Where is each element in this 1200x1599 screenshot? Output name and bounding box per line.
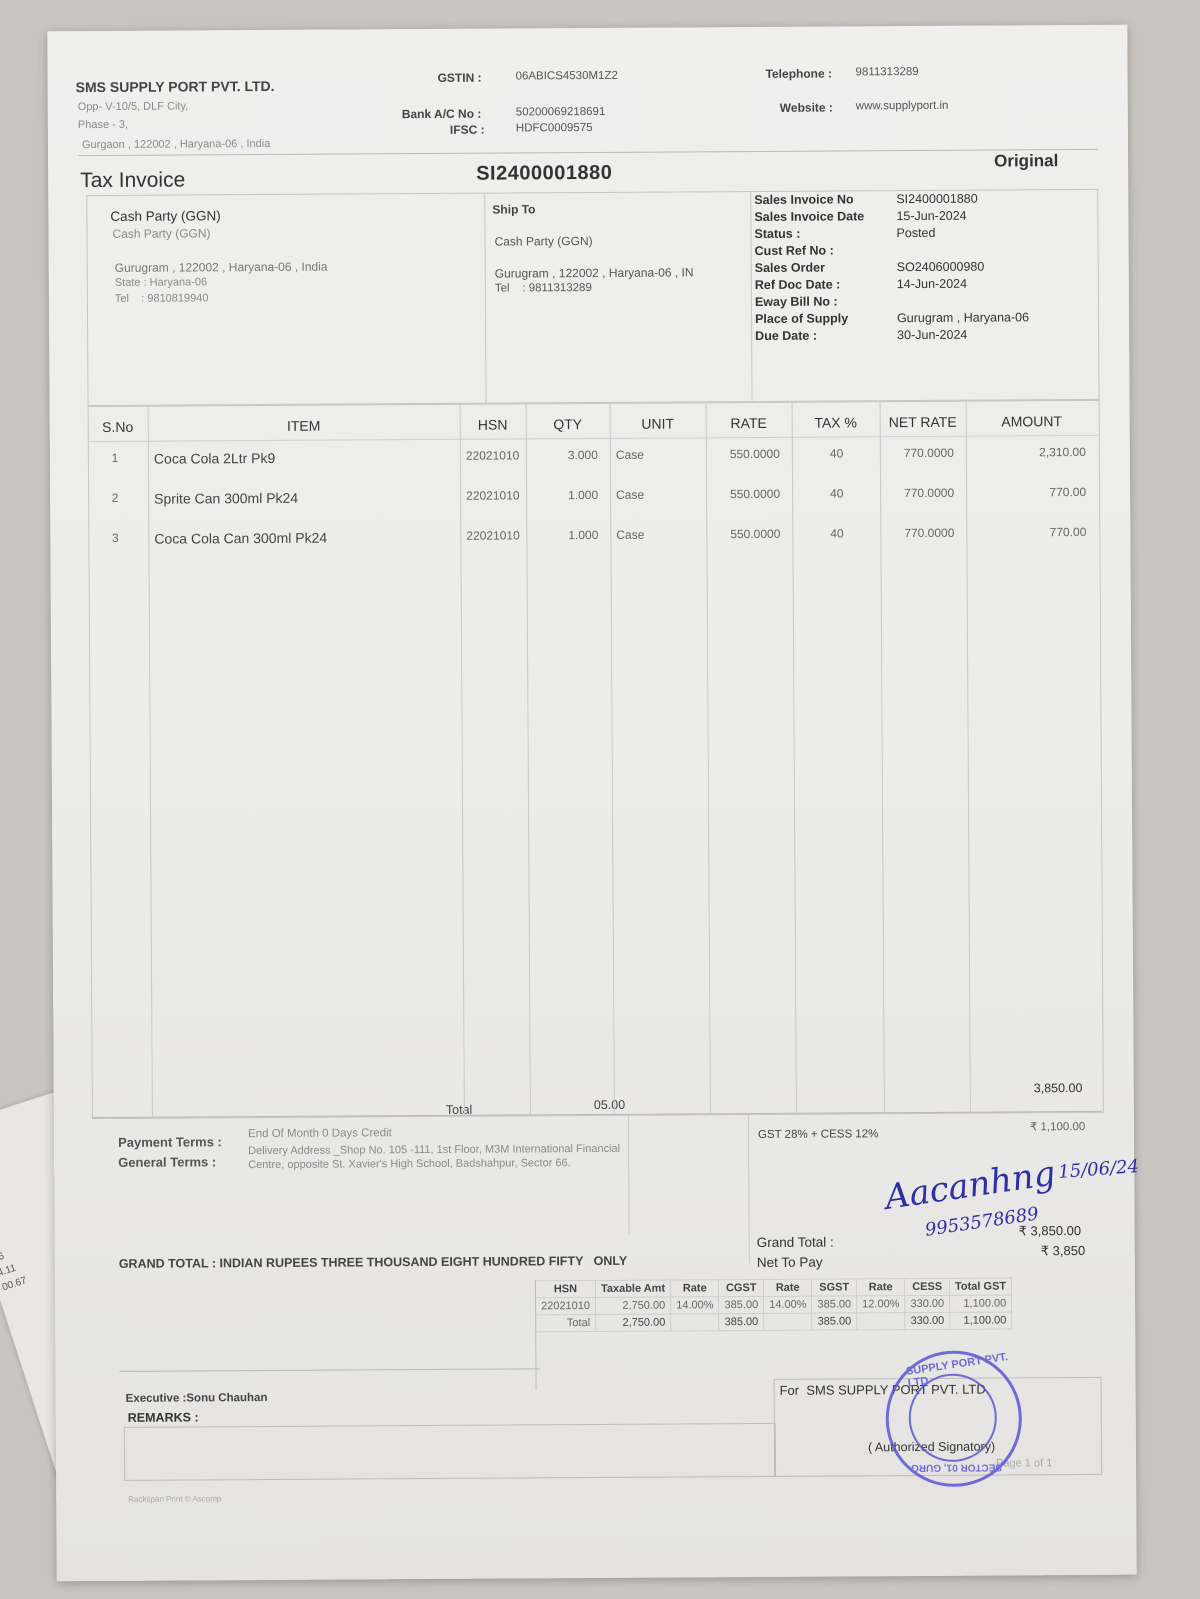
total-qty: 05.00 (594, 1098, 625, 1112)
meta-value: Posted (896, 226, 935, 240)
table-cell-rate: 550.0000 (706, 487, 786, 501)
bill-to-subname: Cash Party (GGN) (112, 226, 210, 241)
gst-cell: 22021010 (536, 1297, 596, 1314)
table-cell-tax: 40 (792, 446, 874, 461)
table-cell-item: Coca Cola Can 300ml Pk24 (148, 529, 454, 547)
total-label: Total (446, 1103, 472, 1117)
print-credit: Rackspan Print © Ascomp (128, 1494, 221, 1504)
gst-cell: 14.00% (671, 1297, 719, 1314)
telephone-label: Telephone : (766, 67, 833, 81)
gst-cess-label: GST 28% + CESS 12% (758, 1128, 878, 1141)
bill-to-name: Cash Party (GGN) (110, 208, 220, 224)
gst-column-header: Total GST (949, 1278, 1011, 1295)
column-header: QTY (526, 416, 610, 433)
gst-breakup-table: HSNTaxable AmtRateCGSTRateSGSTRateCESSTo… (535, 1277, 1012, 1332)
telephone-value: 9811313289 (856, 66, 919, 78)
gst-total-cell: 330.00 (905, 1312, 950, 1329)
table-cell-qty: 1.000 (526, 488, 604, 502)
invoice-sheet: SMS SUPPLY PORT PVT. LTD. Opp- V-10/5, D… (47, 25, 1136, 1582)
table-cell-hsn: 22021010 (460, 528, 520, 542)
invoice-number: SI2400001880 (476, 162, 612, 186)
meta-value: SI2400001880 (896, 192, 977, 206)
company-name: SMS SUPPLY PORT PVT. LTD. (76, 78, 275, 95)
gst-column-header: HSN (535, 1280, 595, 1297)
gstin-value: 06ABICS4530M1Z2 (516, 70, 618, 83)
ship-to-label: Ship To (492, 202, 535, 216)
gst-total-cell (857, 1313, 905, 1330)
meta-label: Eway Bill No : (755, 294, 838, 309)
payment-terms-value: End Of Month 0 Days Credit (248, 1127, 392, 1140)
website-value[interactable]: www.supplyport.in (856, 100, 949, 113)
table-cell-rate: 550.0000 (706, 447, 786, 461)
gst-cell: 385.00 (719, 1296, 764, 1313)
column-header: RATE (706, 415, 792, 432)
gst-cell: 385.00 (812, 1296, 857, 1313)
meta-label: Ref Doc Date : (755, 277, 841, 292)
grand-total-label: Grand Total : (757, 1235, 834, 1250)
gst-column-header: CGST (719, 1279, 764, 1296)
meta-value: SO2406000980 (897, 260, 985, 275)
column-lines (47, 25, 1127, 32)
divider (628, 1114, 630, 1234)
payment-terms-label: Payment Terms : (118, 1134, 222, 1150)
amount-in-words: GRAND TOTAL : INDIAN RUPEES THREE THOUSA… (119, 1254, 627, 1271)
bill-to-tel: Tel : 9810819940 (115, 292, 209, 305)
gst-cell: 330.00 (905, 1295, 950, 1312)
remarks-label: REMARKS : (128, 1410, 199, 1424)
bank-value: 50200069218691 (516, 106, 606, 119)
meta-label: Cust Ref No : (755, 244, 834, 258)
meta-value: Gurugram , Haryana-06 (897, 310, 1029, 325)
company-address-2: Phase - 3, (78, 119, 128, 131)
meta-label: Sales Invoice Date (754, 209, 864, 224)
column-header: TAX % (792, 414, 880, 431)
gst-column-header: CESS (905, 1278, 950, 1295)
ifsc-value: HDFC0009575 (516, 122, 593, 134)
table-header: S.NoITEMHSNQTYUNITRATETAX %NET RATEAMOUN… (47, 25, 1127, 32)
column-header: NET RATE (880, 414, 966, 431)
gst-column-header: SGST (812, 1279, 857, 1296)
meta-label: Place of Supply (755, 311, 848, 326)
website-label: Website : (780, 101, 833, 115)
column-header: S.No (88, 419, 148, 435)
column-header: UNIT (610, 415, 706, 432)
ship-to-address: Gurugram , 122002 , Haryana-06 , IN (495, 265, 694, 280)
handwritten-date: 15/06/24 (1058, 1156, 1140, 1183)
gst-total-cell (671, 1314, 719, 1331)
table-cell-unit: Case (610, 527, 700, 542)
gst-cell: 12.00% (857, 1296, 905, 1313)
meta-value: 30-Jun-2024 (897, 328, 967, 342)
table-cell-sno: 2 (88, 491, 142, 505)
gst-column-header: Rate (764, 1279, 812, 1296)
gst-column-header: Taxable Amt (595, 1280, 670, 1297)
meta-label: Due Date : (755, 329, 817, 343)
table-cell-rate: 550.0000 (706, 527, 786, 541)
company-address-3: Gurgaon , 122002 , Haryana-06 , India (82, 138, 270, 151)
gst-total-cell: 1,100.00 (950, 1312, 1012, 1329)
document-title: Tax Invoice (80, 168, 185, 193)
table-cell-qty: 1.000 (526, 528, 604, 542)
ship-to-name: Cash Party (GGN) (495, 234, 593, 249)
table-cell-net-rate: 770.0000 (880, 486, 960, 500)
net-to-pay-value: ₹ 3,850 (1041, 1243, 1086, 1259)
bill-to-address: Gurugram , 122002 , Haryana-06 , India (115, 260, 328, 275)
ship-to-tel: Tel : 9811313289 (495, 282, 592, 295)
executive-name: Executive :Sonu Chauhan (126, 1392, 268, 1405)
table-cell-qty: 3.000 (526, 448, 604, 462)
table-cell-tax: 40 (792, 486, 874, 501)
bill-to-state: State : Haryana-06 (115, 276, 207, 289)
bank-label: Bank A/C No : (402, 107, 482, 121)
column-header: ITEM (148, 417, 460, 435)
general-terms-label: General Terms : (118, 1154, 216, 1170)
company-stamp: SUPPLY PORT PVT. LTD SECTOR 01, GURG (885, 1350, 1022, 1487)
gst-column-header: Rate (671, 1280, 719, 1297)
table-cell-net-rate: 770.0000 (880, 446, 960, 460)
table-cell-sno: 1 (88, 451, 142, 465)
gst-total-cell (764, 1313, 812, 1330)
meta-label: Status : (754, 227, 800, 241)
table-cell-item: Coca Cola 2Ltr Pk9 (148, 449, 454, 467)
table-cell-item: Sprite Can 300ml Pk24 (148, 489, 454, 507)
gst-column-header: Rate (856, 1279, 904, 1296)
meta-value: 15-Jun-2024 (896, 209, 966, 223)
table-cell-net-rate: 770.0000 (880, 526, 960, 540)
gst-total-cell: 2,750.00 (596, 1314, 671, 1331)
table-cell-sno: 3 (88, 531, 142, 545)
column-header: HSN (460, 416, 526, 432)
table-cell-amount: 770.00 (966, 485, 1092, 500)
table-cell-hsn: 22021010 (460, 488, 520, 502)
table-cell-unit: Case (610, 447, 700, 462)
meta-label: Sales Order (755, 261, 825, 275)
copy-label: Original (994, 151, 1058, 171)
stamp-bottom-text: SECTOR 01, GURG (911, 1462, 1002, 1474)
gst-cess-amount: ₹ 1,100.00 (1030, 1119, 1085, 1133)
table-cell-amount: 770.00 (966, 525, 1092, 540)
meta-label: Sales Invoice No (754, 192, 853, 207)
gst-cell: 1,100.00 (950, 1295, 1012, 1312)
total-amount: 3,850.00 (1034, 1081, 1083, 1095)
divider (119, 1368, 539, 1372)
remarks-box (124, 1423, 776, 1481)
gst-cell: 2,750.00 (595, 1297, 670, 1314)
table-cell-hsn: 22021010 (460, 448, 520, 462)
gst-cell: 14.00% (764, 1296, 812, 1313)
gstin-label: GSTIN : (438, 71, 482, 85)
gst-total-cell: Total (536, 1314, 596, 1331)
meta-value: 14-Jun-2024 (897, 277, 967, 291)
divider (748, 1113, 750, 1263)
items-table (88, 399, 1104, 1119)
table-cell-tax: 40 (792, 526, 874, 541)
general-terms-value: Delivery Address _Shop No. 105 -111, 1st… (248, 1142, 638, 1172)
net-to-pay-label: Net To Pay (757, 1255, 823, 1270)
column-header: AMOUNT (966, 413, 1098, 430)
table-cell-amount: 2,310.00 (966, 445, 1092, 460)
company-address-1: Opp- V-10/5, DLF City, (78, 100, 189, 113)
gst-total-cell: 385.00 (812, 1313, 857, 1330)
ifsc-label: IFSC : (450, 123, 485, 137)
gst-total-cell: 385.00 (719, 1313, 764, 1330)
table-body: 1Coca Cola 2Ltr Pk9220210103.000Case550.… (47, 25, 1127, 32)
table-cell-unit: Case (610, 487, 700, 502)
